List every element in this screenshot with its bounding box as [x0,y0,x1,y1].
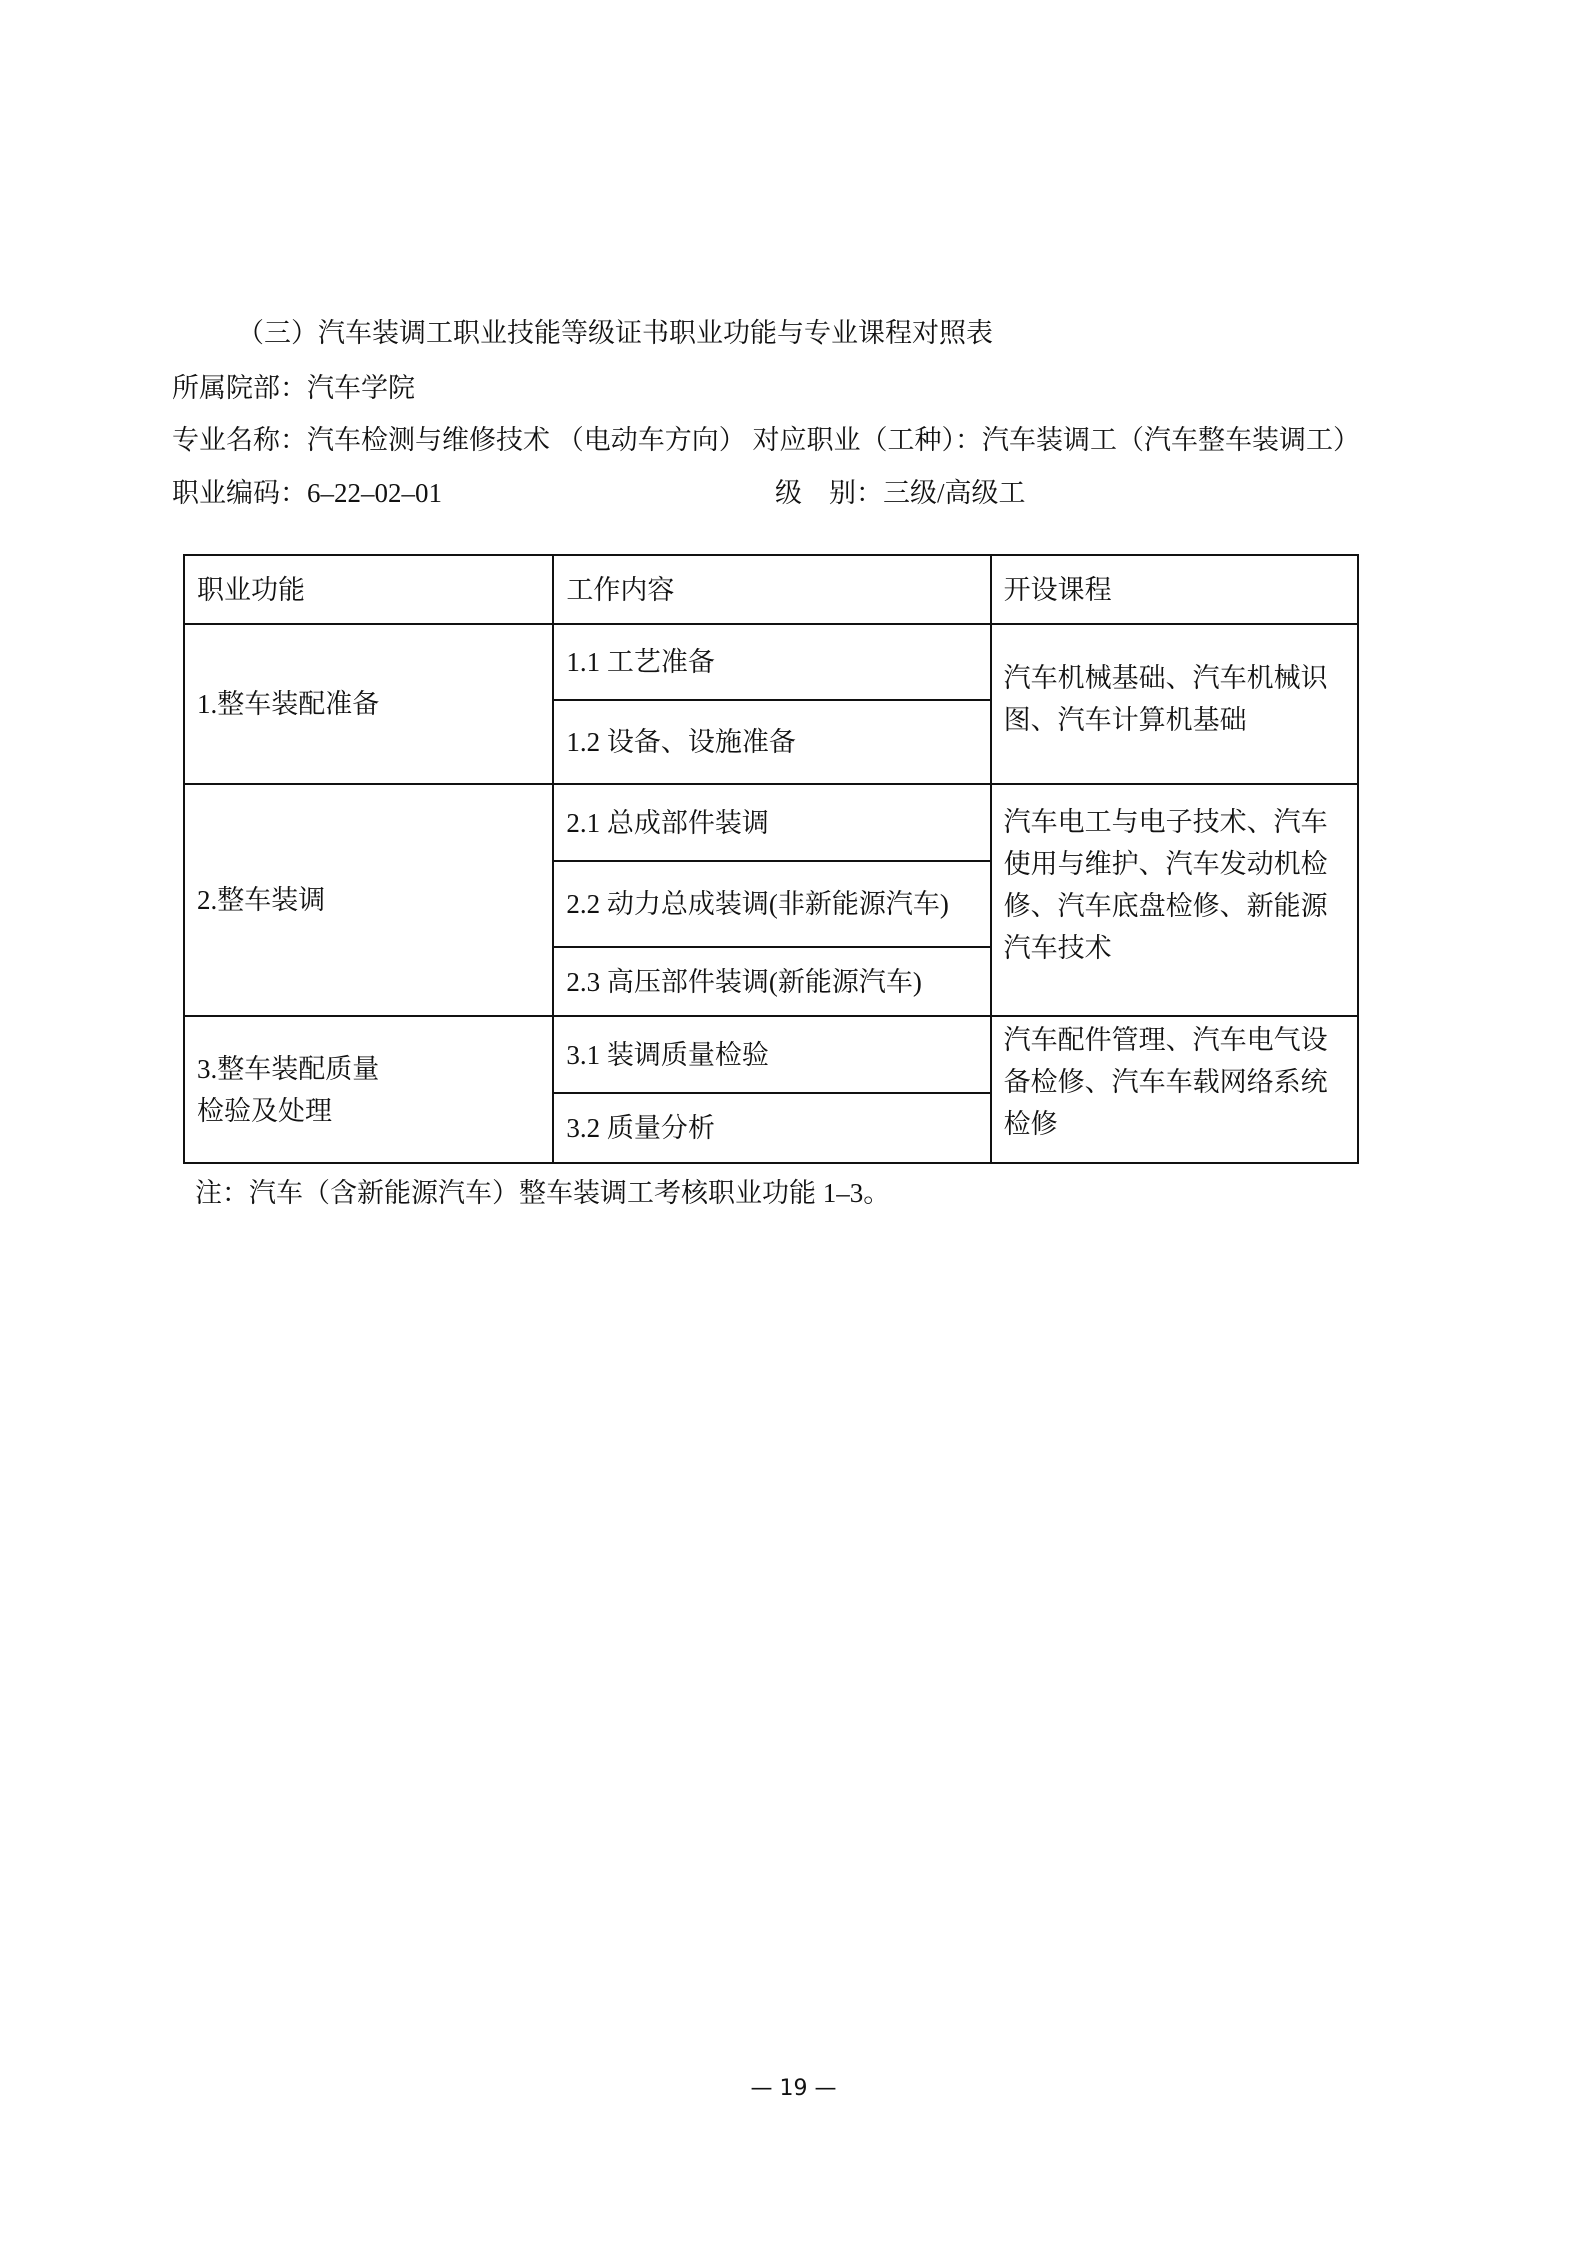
table-note: 注：汽车（含新能源汽车）整车装调工考核职业功能 1–3。 [195,1176,890,1210]
content-cell: 1.1 工艺准备 [553,624,990,700]
content-cell: 2.3 高压部件装调(新能源汽车) [553,947,990,1016]
content-cell: 2.1 总成部件装调 [553,784,990,861]
table-row: 2.整车装调 2.1 总成部件装调 汽车电工与电子技术、汽车使用与维护、汽车发动… [184,784,1358,861]
function-cell: 3.整车装配质量 检验及处理 [184,1016,553,1163]
function-cell: 1.整车装配准备 [184,624,553,784]
department-line: 所属院部：汽车学院 [172,371,415,405]
table-row: 3.整车装配质量 检验及处理 3.1 装调质量检验 汽车配件管理、汽车电气设备检… [184,1016,1358,1093]
content-cell: 1.2 设备、设施准备 [553,700,990,784]
header-content: 工作内容 [553,555,990,624]
occupation-code-line: 职业编码：6–22–02–01 [172,476,442,510]
function-line: 3.整车装配质量 [197,1048,540,1090]
function-course-table: 职业功能 工作内容 开设课程 1.整车装配准备 1.1 工艺准备 汽车机械基础、… [183,554,1359,1164]
function-cell: 2.整车装调 [184,784,553,1016]
content-cell: 3.2 质量分析 [553,1093,990,1163]
section-title: （三）汽车装调工职业技能等级证书职业功能与专业课程对照表 [237,316,993,350]
major-line: 专业名称：汽车检测与维修技术 （电动车方向） 对应职业（工种）：汽车装调工（汽车… [172,423,1360,457]
level-line: 级 别：三级/高级工 [775,476,1026,510]
courses-cell: 汽车配件管理、汽车电气设备检修、汽车车载网络系统检修 [991,1016,1358,1163]
content-cell: 3.1 装调质量检验 [553,1016,990,1093]
table-header-row: 职业功能 工作内容 开设课程 [184,555,1358,624]
header-courses: 开设课程 [991,555,1358,624]
page-number: — 19 — [0,2076,1587,2101]
courses-cell: 汽车机械基础、汽车机械识图、汽车计算机基础 [991,624,1358,784]
content-cell: 2.2 动力总成装调(非新能源汽车) [553,861,990,947]
courses-cell: 汽车电工与电子技术、汽车使用与维护、汽车发动机检修、汽车底盘检修、新能源汽车技术 [991,784,1358,1016]
function-line: 检验及处理 [197,1090,540,1132]
header-function: 职业功能 [184,555,553,624]
table-row: 1.整车装配准备 1.1 工艺准备 汽车机械基础、汽车机械识图、汽车计算机基础 [184,624,1358,700]
